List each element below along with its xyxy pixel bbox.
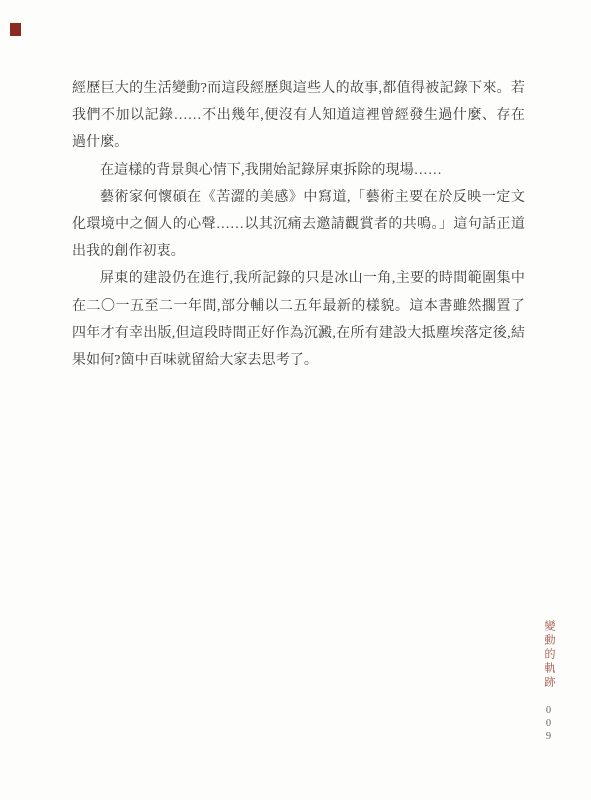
paragraph-closing: 屏東的建設仍在進行,我所記錄的只是冰山一角,主要的時間範圍集中在二〇一五至二一年… (72, 265, 525, 374)
page-number: 009 (543, 705, 554, 744)
corner-registration-mark (10, 23, 21, 36)
book-page: 經歷巨大的生活變動?而這段經歷與這些人的故事,都值得被記錄下來。若我們不加以記錄… (0, 0, 591, 800)
chapter-running-title-vertical: 變動的軌跡 (541, 620, 557, 690)
paragraph-continuation: 經歷巨大的生活變動?而這段經歷與這些人的故事,都值得被記錄下來。若我們不加以記錄… (72, 75, 525, 157)
paragraph-background: 在這樣的背景與心情下,我開始記錄屏東拆除的現場…… (72, 157, 525, 184)
paragraph-quote: 藝術家何懷碩在《苦澀的美感》中寫道,「藝術主要在於反映一定文化環境中之個人的心聲… (72, 184, 525, 266)
body-text: 經歷巨大的生活變動?而這段經歷與這些人的故事,都值得被記錄下來。若我們不加以記錄… (72, 75, 525, 374)
